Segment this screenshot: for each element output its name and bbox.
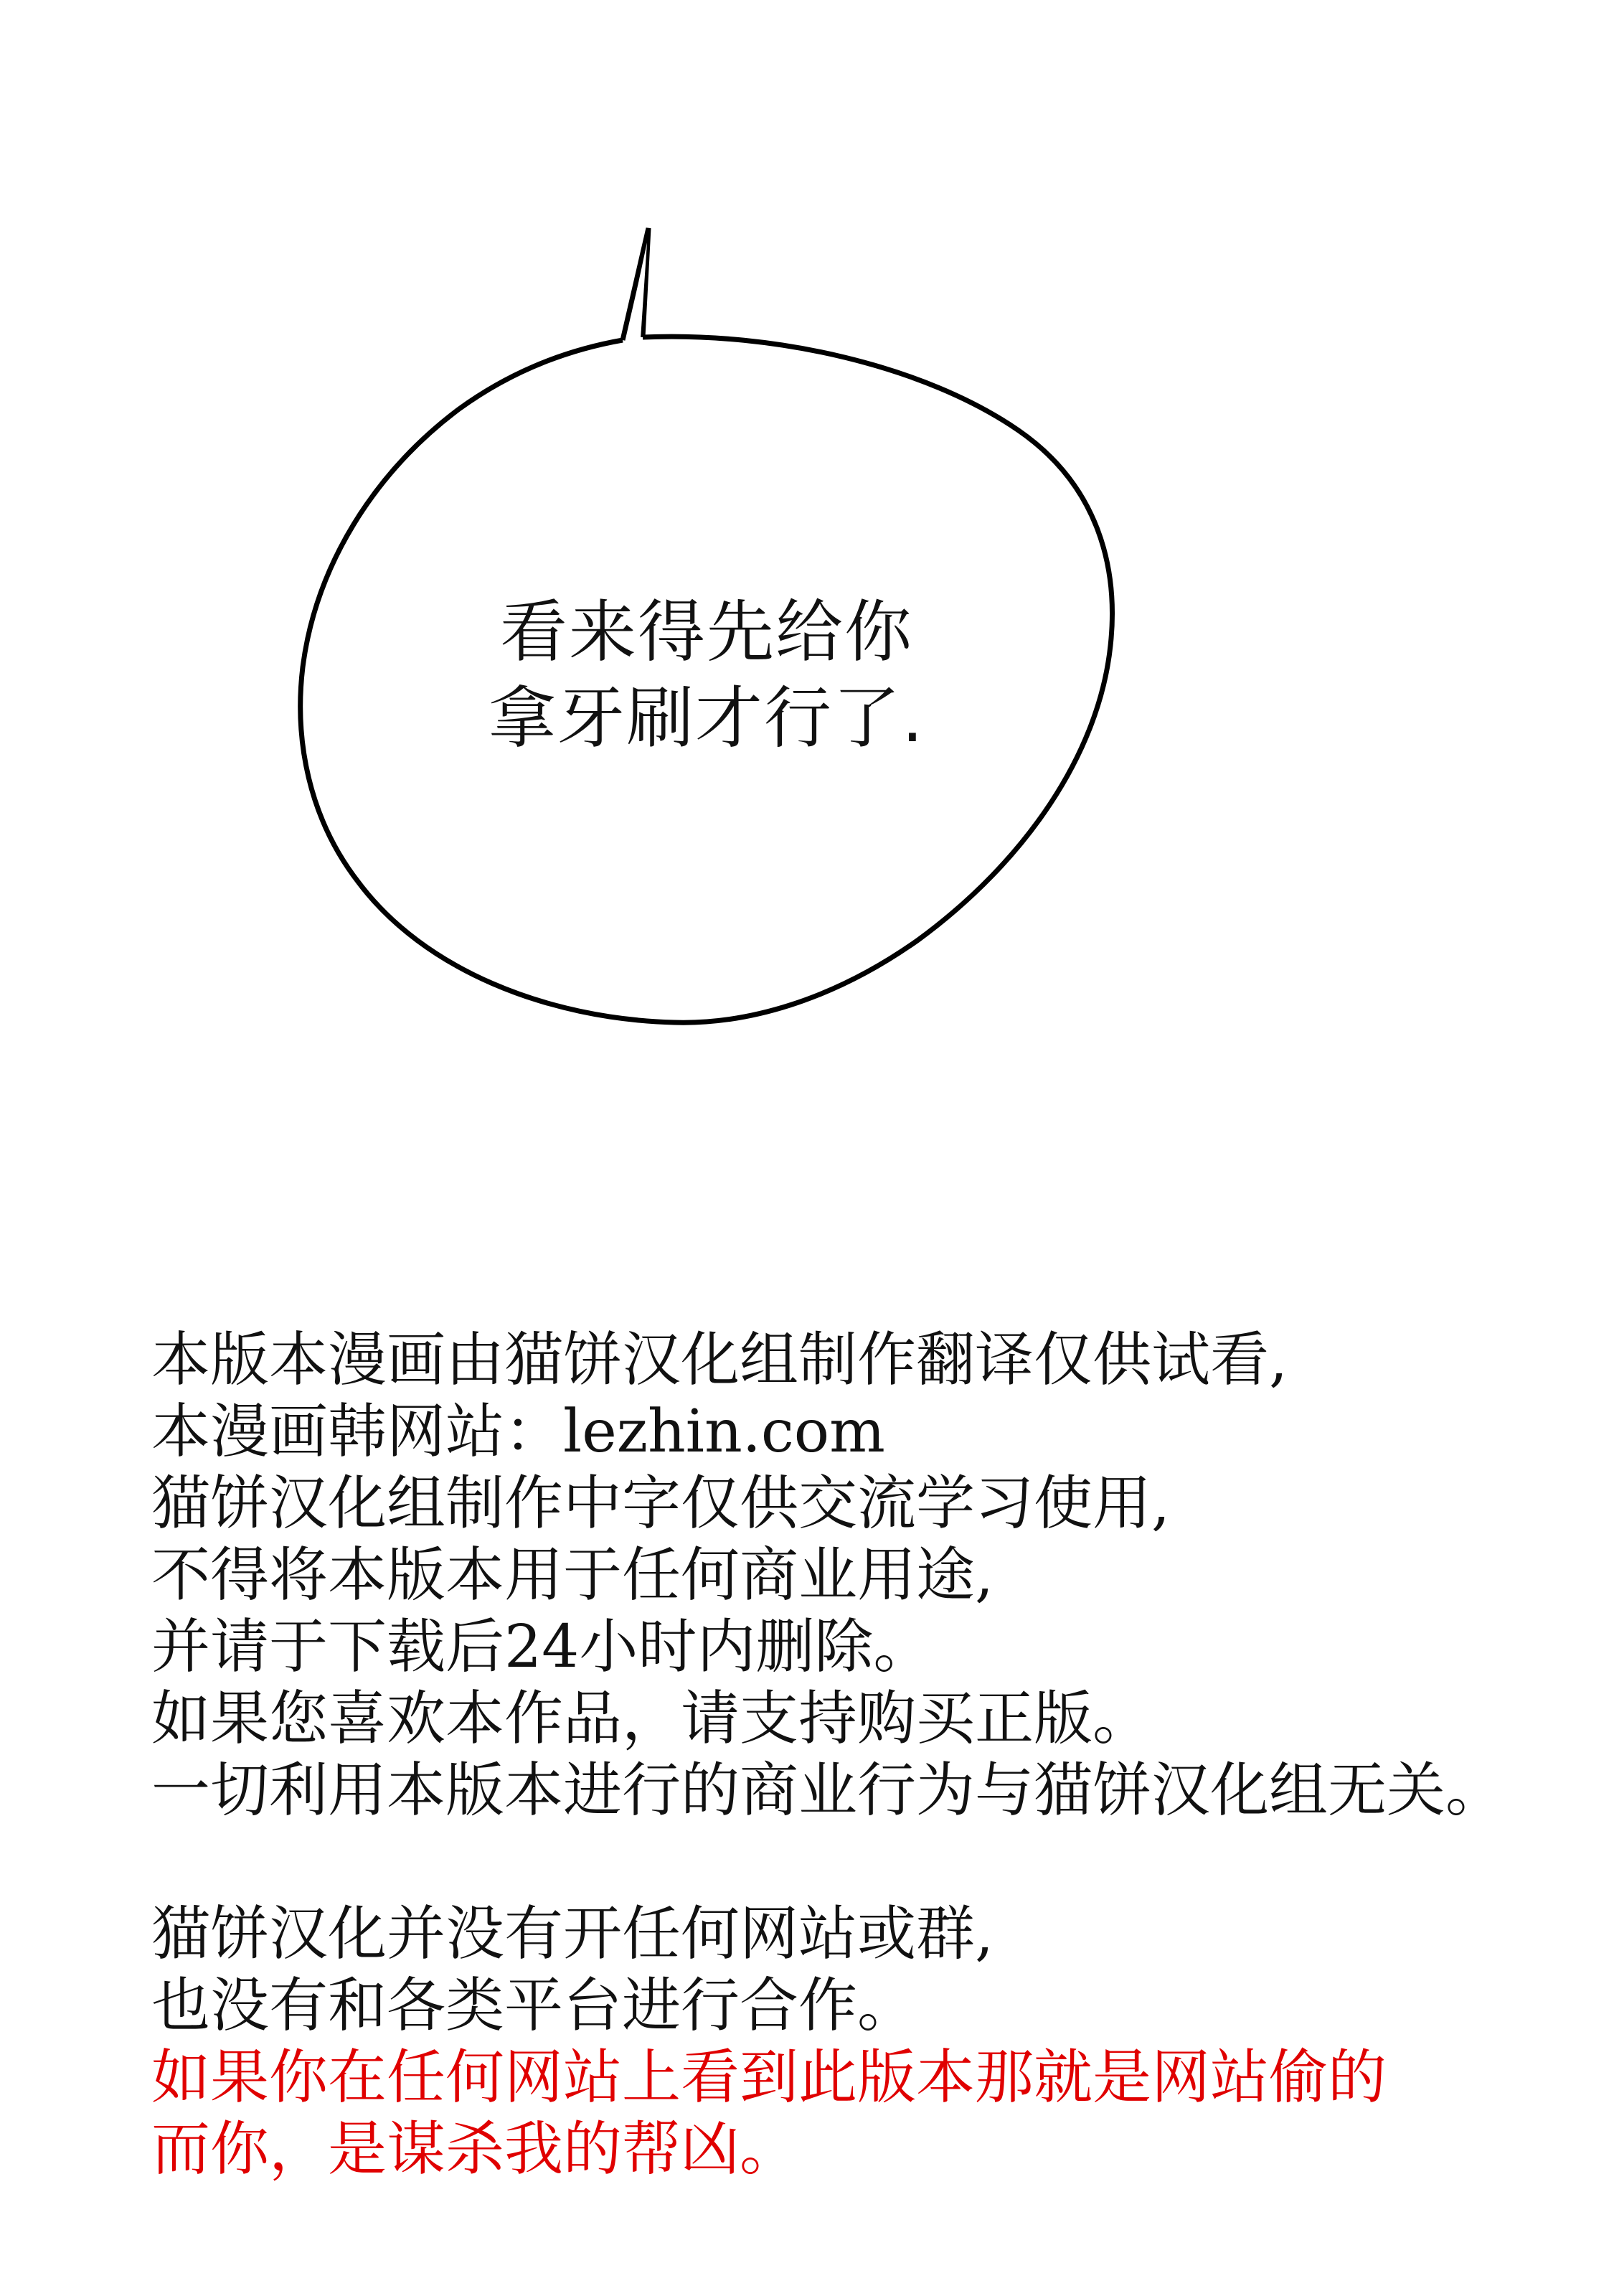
disclaimer-line-website: 本漫画韩网站：lezhin.com bbox=[151, 1396, 1514, 1468]
speech-line: 看来得先给你 bbox=[420, 590, 994, 676]
disclaimer-line: 如果您喜欢本作品，请支持购买正版。 bbox=[151, 1683, 1514, 1755]
disclaimer-line: 也没有和各类平台进行合作。 bbox=[151, 1970, 1514, 2042]
disclaimer-line: 猫饼汉化并没有开任何网站或群, bbox=[151, 1899, 1514, 1970]
disclaimer-line: 不得将本版本用于任何商业用途, bbox=[151, 1540, 1514, 1612]
disclaimer-line: 猫饼汉化组制作中字仅供交流学习使用, bbox=[151, 1468, 1514, 1540]
disclaimer-line: 本版本漫画由猫饼汉化组制作翻译仅供试看, bbox=[151, 1325, 1514, 1396]
comic-panel: 看来得先给你 拿牙刷才行了. bbox=[0, 0, 1614, 1220]
translator-disclaimer: 本版本漫画由猫饼汉化组制作翻译仅供试看, 本漫画韩网站：lezhin.com 猫… bbox=[151, 1325, 1514, 2186]
warning-line: 如果你在任何网站上看到此版本那就是网站偷的 bbox=[151, 2042, 1514, 2114]
speech-line: 拿牙刷才行了. bbox=[420, 676, 994, 762]
speech-bubble-text: 看来得先给你 拿牙刷才行了. bbox=[420, 590, 994, 762]
paragraph-gap bbox=[151, 1827, 1514, 1899]
warning-line: 而你，是谋杀我的帮凶。 bbox=[151, 2114, 1514, 2186]
disclaimer-line: 一切利用本版本进行的商业行为与猫饼汉化组无关。 bbox=[151, 1755, 1514, 1827]
disclaimer-line: 并请于下载后24小时内删除。 bbox=[151, 1612, 1514, 1683]
